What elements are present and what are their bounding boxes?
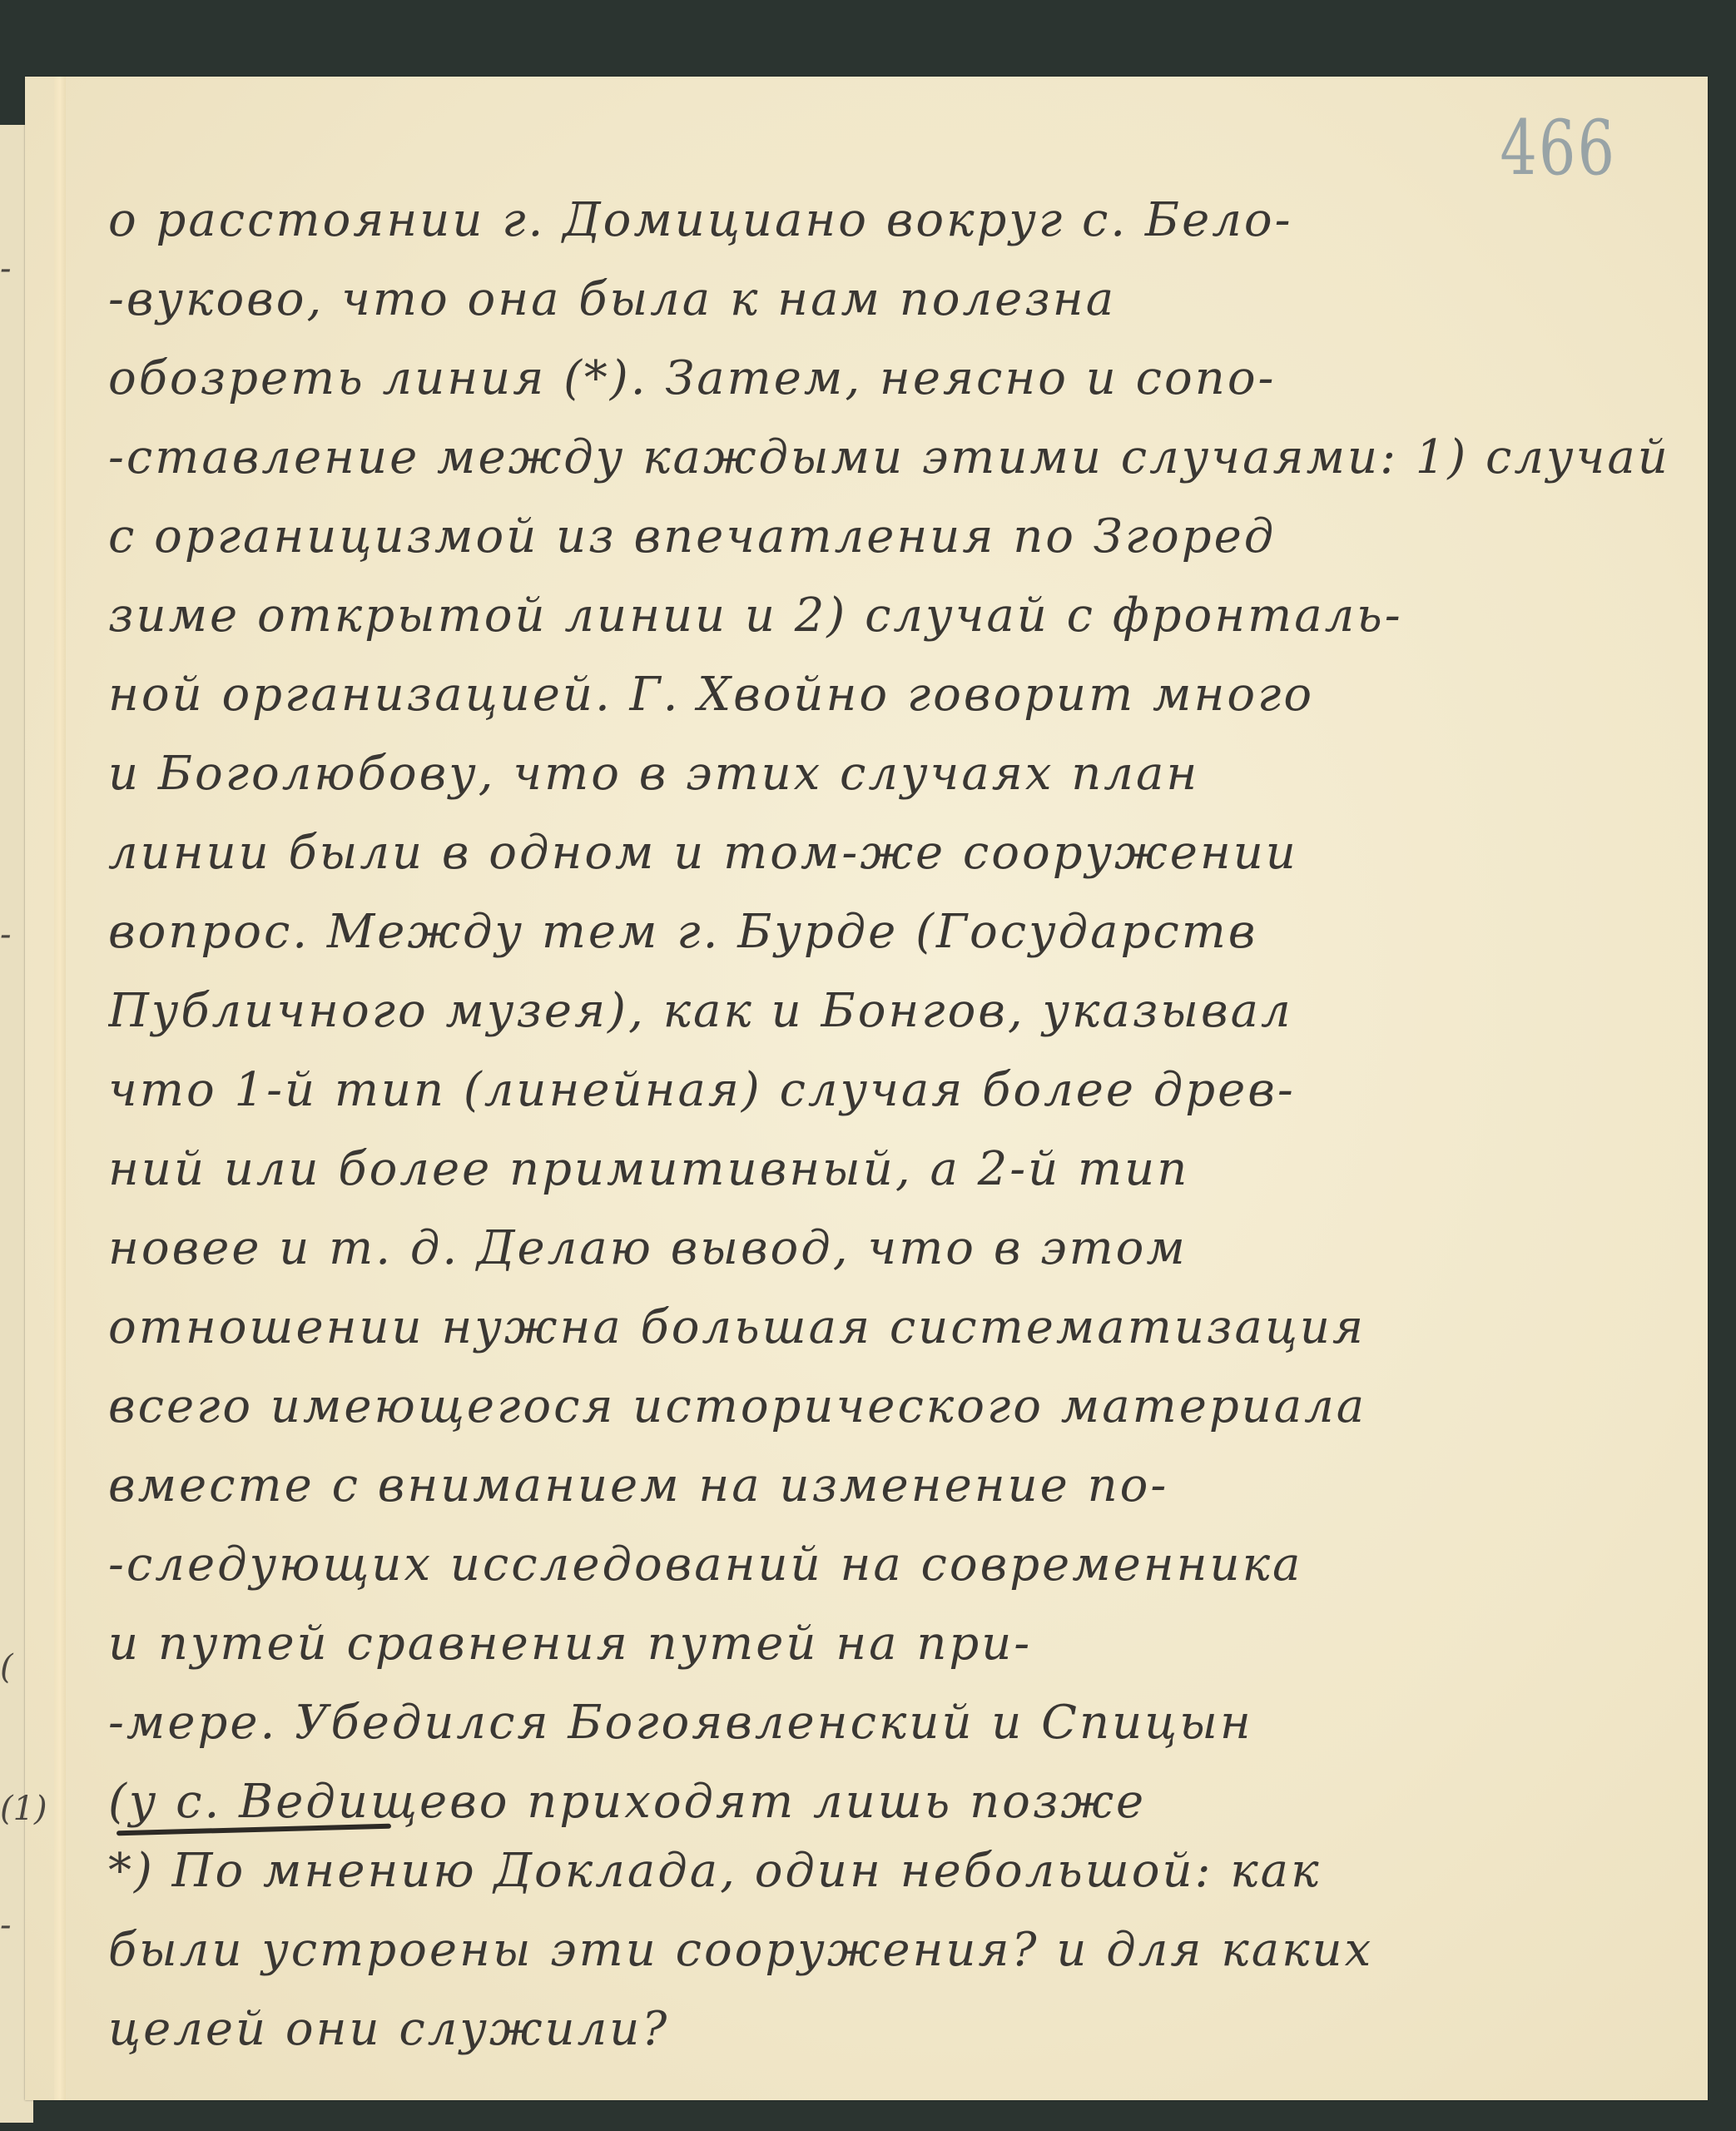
text-line: и путей сравнения путей на при- [108,1617,1673,1671]
margin-mark: - [0,1906,12,1945]
text-line: что 1-й тип (линейная) случая более древ… [108,1063,1673,1117]
text-line: отношении нужна большая систематизация [108,1300,1673,1354]
text-line: зиме открытой линии и 2) случай с фронта… [108,589,1673,643]
margin-mark: ( [0,1648,13,1686]
page-fold [54,77,66,2100]
text-line: с органицизмой из впечатления по Згоред [108,509,1673,564]
text-line: Публичного музея), как и Бонгов, указыва… [108,984,1673,1038]
page-number: 466 [1500,104,1616,193]
text-line: (у с. Ведищево приходят лишь позже [108,1775,1673,1829]
text-line: вместе с вниманием на изменение по- [108,1458,1673,1513]
text-line: -вуково, что она была к нам полезна [108,272,1673,326]
text-line: вопрос. Между тем г. Бурде (Государств [108,905,1673,959]
manuscript-page: 466 о расстоянии г. Домициано вокруг с. … [25,77,1708,2100]
text-line: новее и т. д. Делаю вывод, что в этом [108,1221,1673,1275]
text-line: -следующих исследований на современника [108,1537,1673,1592]
text-line: о расстоянии г. Домициано вокруг с. Бело… [108,193,1673,247]
footnote-line: целей они служили? [108,2002,1673,2056]
text-line: линии были в одном и том-же сооружении [108,826,1673,880]
text-line: и Боголюбову, что в этих случаях план [108,747,1673,801]
text-line: -мере. Убедился Богоявленский и Спицын [108,1696,1673,1750]
text-line: -ставление между каждыми этими случаями:… [108,430,1673,484]
footnote-line: *) По мнению Доклада, один небольшой: ка… [108,1844,1673,1898]
text-line: всего имеющегося исторического материала [108,1379,1673,1433]
text-line: обозреть линия (*). Затем, неясно и сопо… [108,351,1673,405]
footnote-line: были устроены эти сооружения? и для каки… [108,1923,1673,1977]
text-line: ний или более примитивный, а 2-й тип [108,1142,1673,1196]
margin-mark: - [0,916,12,954]
margin-mark: (1) [0,1790,47,1828]
text-line: ной организацией. Г. Хвойно говорит мног… [108,668,1673,722]
margin-mark: - [0,250,12,288]
